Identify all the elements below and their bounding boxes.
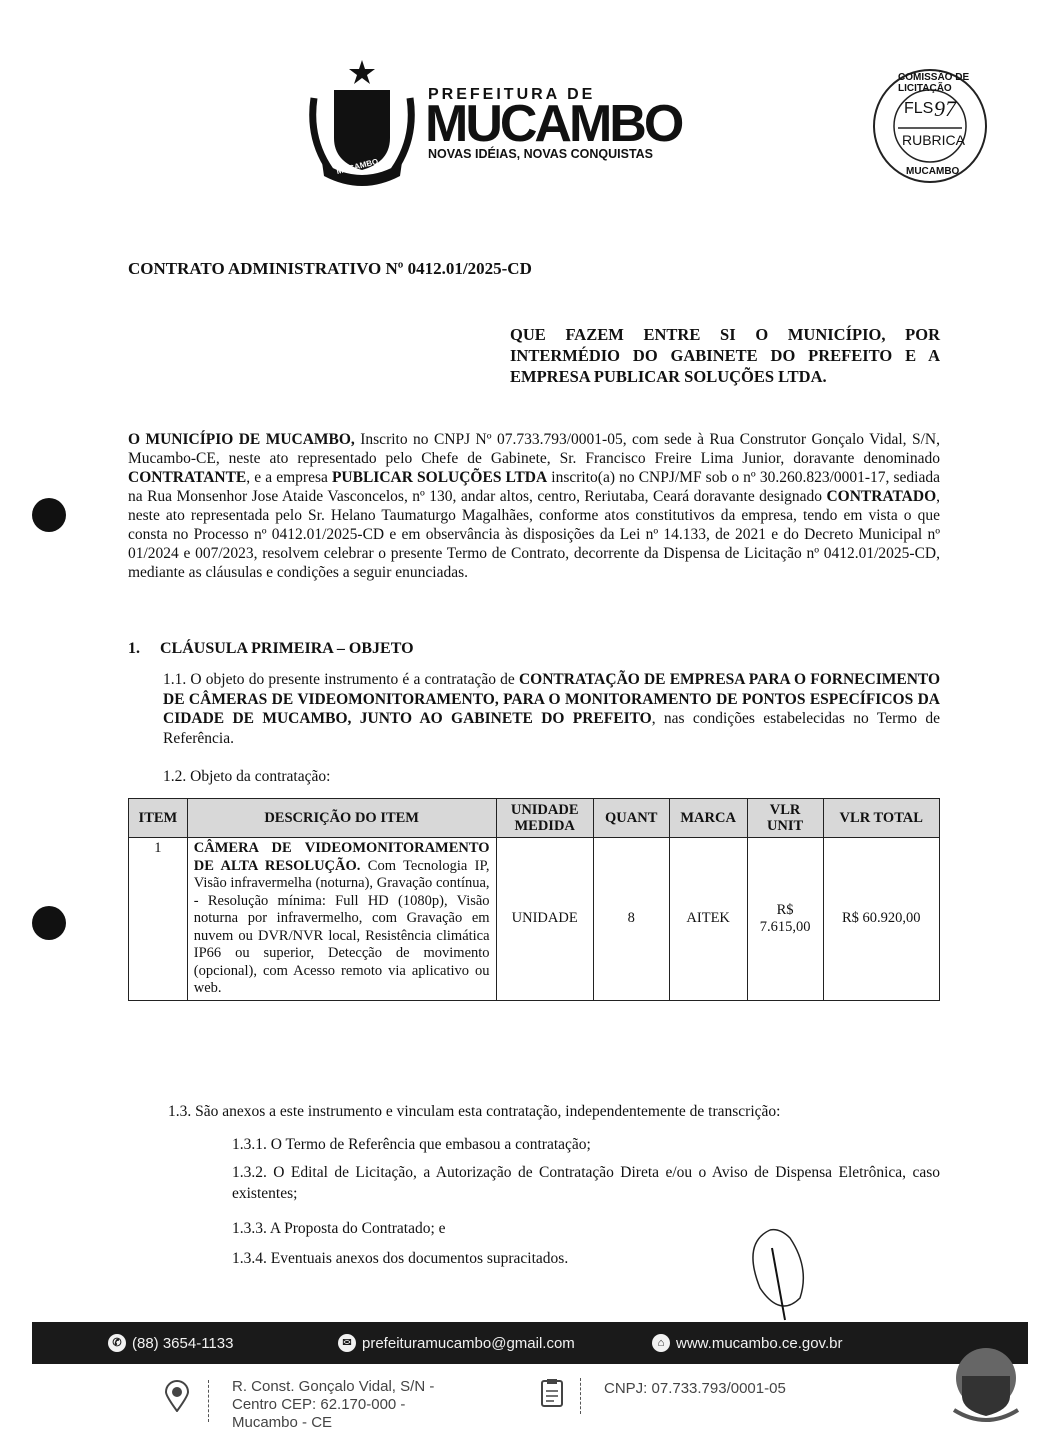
col-quant: QUANT (593, 799, 669, 838)
clause-1-1: 1.1. O objeto do presente instrumento é … (163, 670, 940, 748)
map-pin-icon (164, 1380, 190, 1417)
footer-address: R. Const. Gonçalo Vidal, S/N - Centro CE… (232, 1378, 434, 1432)
municipal-crest-logo: MUCAMBO (300, 58, 420, 186)
clause-1-3-3: 1.3.3. A Proposta do Contratado; e (232, 1218, 940, 1239)
contratado-label: CONTRATADO (826, 488, 936, 505)
brand-mucambo: MUCAMBO (425, 98, 681, 150)
website-link[interactable]: www.mucambo.ce.gov.br (676, 1335, 842, 1352)
cell-item: 1 (129, 838, 188, 1001)
stamp-folio-number: 97 (934, 96, 956, 122)
clause-1-3-2: 1.3.2. O Edital de Licitação, a Autoriza… (232, 1162, 940, 1204)
footer-phone: ✆(88) 3654-1133 (108, 1334, 233, 1352)
punch-hole (32, 498, 66, 532)
col-descricao: DESCRIÇÃO DO ITEM (187, 799, 496, 838)
clause-1-3-1: 1.3.1. O Termo de Referência que embasou… (232, 1134, 940, 1155)
signature (740, 1228, 820, 1328)
table-header-row: ITEM DESCRIÇÃO DO ITEM UNIDADE MEDIDA QU… (129, 799, 940, 838)
company-name: PUBLICAR SOLUÇÕES LTDA (332, 469, 547, 486)
cell-descricao: CÂMERA DE VIDEOMONITORAMENTO DE ALTA RES… (187, 838, 496, 1001)
document-icon (540, 1378, 564, 1413)
municipio-name: O MUNICÍPIO DE MUCAMBO, (128, 431, 355, 448)
clause-1-2: 1.2. Objeto da contratação: (163, 768, 330, 786)
clause-title: CLÁUSULA PRIMEIRA – OBJETO (160, 640, 414, 657)
home-icon: ⌂ (652, 1334, 670, 1352)
address-line: Mucambo - CE (232, 1414, 434, 1432)
cell-unidade: UNIDADE (496, 838, 593, 1001)
contract-subtitle: QUE FAZEM ENTRE SI O MUNICÍPIO, POR INTE… (510, 324, 940, 387)
footer-contact-bar: ✆(88) 3654-1133 ✉prefeituramucambo@gmail… (32, 1322, 1028, 1364)
cell-marca: AITEK (669, 838, 747, 1001)
punch-hole (32, 906, 66, 940)
divider (580, 1378, 581, 1414)
table-row: 1 CÂMERA DE VIDEOMONITORAMENTO DE ALTA R… (129, 838, 940, 1001)
phone-text: (88) 3654-1133 (132, 1335, 233, 1352)
item-spec: Com Tecnologia IP, Visão infravermelha (… (194, 858, 490, 997)
col-vlr-total: VLR TOTAL (823, 799, 939, 838)
stamp-folio-label: FLS (904, 100, 933, 118)
contract-title: CONTRATO ADMINISTRATIVO Nº 0412.01/2025-… (128, 259, 532, 279)
stamp-ring-top: COMISSÃO DE LICITAÇÃO (898, 72, 1008, 94)
footer-email[interactable]: ✉prefeituramucambo@gmail.com (338, 1334, 575, 1352)
clause-heading: 1.CLÁUSULA PRIMEIRA – OBJETO (128, 640, 414, 658)
address-line: Centro CEP: 62.170-000 - (232, 1396, 434, 1414)
phone-icon: ✆ (108, 1334, 126, 1352)
clause-1-3: 1.3. São anexos a este instrumento e vin… (168, 1103, 780, 1121)
clause-1-3-4: 1.3.4. Eventuais anexos dos documentos s… (232, 1248, 940, 1269)
clause-number: 1. (128, 640, 160, 658)
stamp-ring-bottom: MUCAMBO (906, 166, 959, 177)
contratante-label: CONTRATANTE (128, 469, 246, 486)
preamble-text: , e a empresa (246, 469, 332, 486)
cell-quant: 8 (593, 838, 669, 1001)
stamp-rubrica: RUBRICA (902, 132, 965, 148)
footer-cnpj: CNPJ: 07.733.793/0001-05 (604, 1380, 786, 1397)
email-link[interactable]: prefeituramucambo@gmail.com (362, 1335, 575, 1352)
col-unidade: UNIDADE MEDIDA (496, 799, 593, 838)
object-table: ITEM DESCRIÇÃO DO ITEM UNIDADE MEDIDA QU… (128, 798, 940, 1001)
divider (208, 1380, 209, 1422)
municipal-seal-icon (948, 1340, 1024, 1424)
footer-website[interactable]: ⌂www.mucambo.ce.gov.br (652, 1334, 842, 1352)
licitacao-stamp: COMISSÃO DE LICITAÇÃO FLS 97 RUBRICA MUC… (852, 66, 1008, 186)
clause-text: 1.1. O objeto do presente instrumento é … (163, 671, 519, 688)
cell-vlr-total: R$ 60.920,00 (823, 838, 939, 1001)
col-marca: MARCA (669, 799, 747, 838)
col-vlr-unit: VLR UNIT (747, 799, 823, 838)
address-line: R. Const. Gonçalo Vidal, S/N - (232, 1378, 434, 1396)
brand-tagline: NOVAS IDÉIAS, NOVAS CONQUISTAS (428, 147, 653, 161)
preamble-paragraph: O MUNICÍPIO DE MUCAMBO, Inscrito no CNPJ… (128, 430, 940, 582)
email-icon: ✉ (338, 1334, 356, 1352)
cell-vlr-unit: R$ 7.615,00 (747, 838, 823, 1001)
col-item: ITEM (129, 799, 188, 838)
